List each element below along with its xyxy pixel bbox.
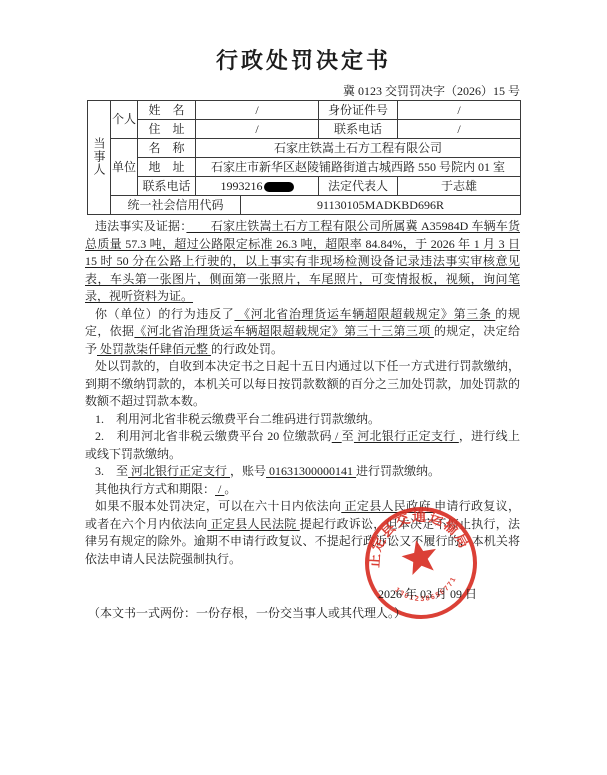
unit-name-label: 名 称 (138, 139, 196, 158)
table-row: 当事人 个人 姓 名 / 身份证件号 / (88, 101, 521, 120)
person-id-label: 身份证件号 (319, 101, 398, 120)
person-name-label: 姓 名 (138, 101, 196, 120)
person-group-cell: 个人 (111, 101, 138, 139)
payment-option-2: 2. 利用河北省非税云缴费平台 20 位缴款码 / 至 河北银行正定支行 ，进行… (85, 428, 520, 463)
table-row: 联系电话 1993216 法定代表人 于志雄 (88, 177, 521, 196)
person-name-value: / (196, 101, 319, 120)
legal-rep-label: 法定代表人 (319, 177, 398, 196)
party-info-table: 当事人 个人 姓 名 / 身份证件号 / 住 址 / 联系电话 / 单位 名 称… (87, 100, 521, 215)
paragraph-legal-basis: 你（单位）的行为违反了 《河北省治理货运车辆超限超载规定》第三条 的规定，依据《… (85, 306, 520, 359)
payment-option-3: 3. 至 河北银行正定支行 ，账号 01631300000141 进行罚款缴纳。 (85, 463, 520, 481)
table-row: 单位 名 称 石家庄铁嵩土石方工程有限公司 (88, 139, 521, 158)
document-title: 行政处罚决定书 (0, 44, 607, 75)
table-row: 地 址 石家庄市新华区赵陵铺路街道古城西路 550 号院内 01 室 (88, 158, 521, 177)
person-address-value: / (196, 120, 319, 139)
unit-phone-label: 联系电话 (138, 177, 196, 196)
credit-code-label: 统一社会信用代码 (111, 196, 241, 215)
seal-star (399, 536, 440, 576)
person-id-value: / (398, 101, 521, 120)
credit-code-value: 91130105MADKBD696R (241, 196, 521, 215)
unit-name-value: 石家庄铁嵩土石方工程有限公司 (196, 139, 521, 158)
unit-phone-digits: 1993216 (221, 179, 263, 193)
table-row: 住 址 / 联系电话 / (88, 120, 521, 139)
paragraph-violation-facts: 违法事实及证据： 石家庄铁嵩土石方工程有限公司所属冀 A35984D 车辆车货总… (85, 218, 520, 306)
decision-date: 2026 年 03 月 09 日 (378, 585, 477, 602)
table-row: 统一社会信用代码 91130105MADKBD696R (88, 196, 521, 215)
unit-address-value: 石家庄市新华区赵陵铺路街道古城西路 550 号院内 01 室 (196, 158, 521, 177)
paragraph-payment-terms: 处以罚款的，自收到本决定书之日起十五日内通过以下任一方式进行罚款缴纳，到期不缴纳… (85, 358, 520, 411)
unit-group-cell: 单位 (111, 139, 138, 196)
copies-note: （本文书一式两份：一份存根，一份交当事人或其代理人。） (88, 604, 406, 621)
unit-address-label: 地 址 (138, 158, 196, 177)
party-label-cell: 当事人 (88, 101, 111, 215)
redaction-blob (264, 182, 294, 192)
person-phone-value: / (398, 120, 521, 139)
legal-rep-value: 于志雄 (398, 177, 521, 196)
party-label: 当事人 (92, 137, 106, 176)
other-methods-line: 其他执行方式和期限： / 。 (85, 481, 520, 499)
unit-phone-value: 1993216 (196, 177, 319, 196)
document-number: 冀 0123 交罚罚决字（2026）15 号 (87, 82, 520, 99)
person-phone-label: 联系电话 (319, 120, 398, 139)
payment-option-1: 1. 利用河北省非税云缴费平台二维码进行罚款缴纳。 (85, 411, 520, 429)
person-address-label: 住 址 (138, 120, 196, 139)
